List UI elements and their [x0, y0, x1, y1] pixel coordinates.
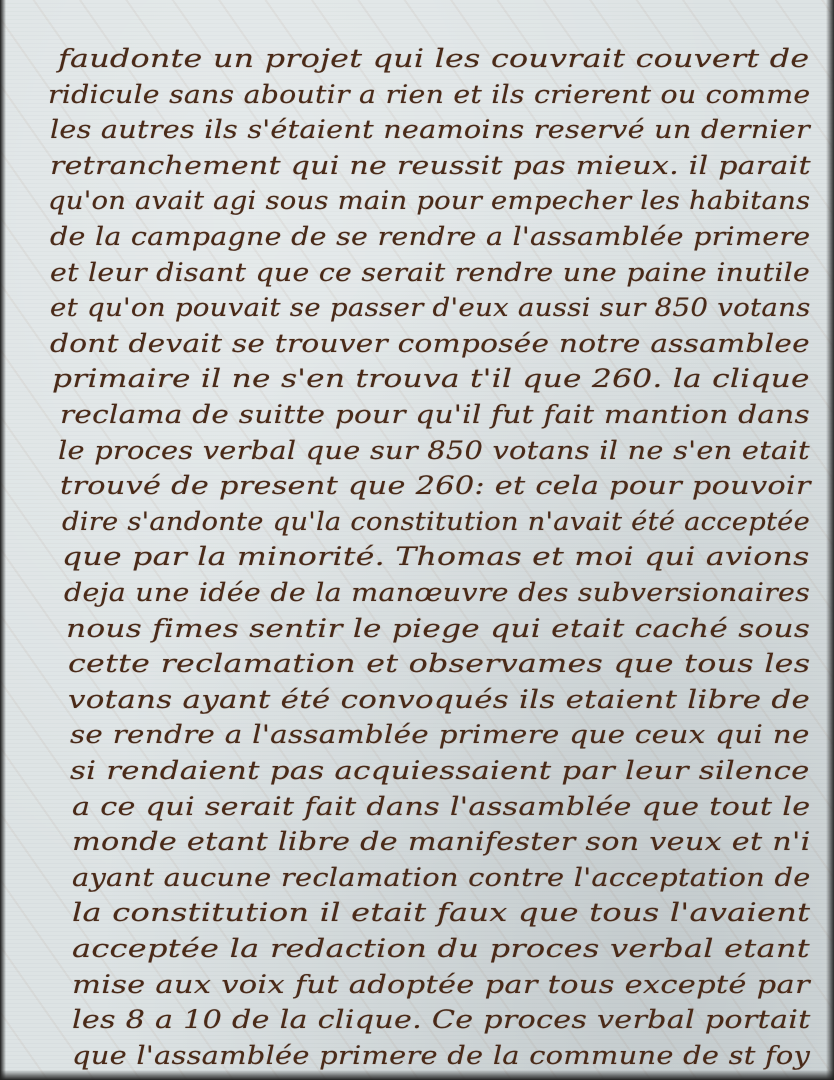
manuscript-line: faudonte un projet qui les couvrait couv… — [58, 44, 809, 73]
manuscript-line: deja une idée de la manœuvre des subvers… — [64, 578, 810, 607]
manuscript-line: que par la minorité. Thomas et moi qui a… — [62, 542, 810, 571]
manuscript-line: si rendaient pas acquiessaient par leur … — [70, 756, 810, 785]
manuscript-line: les 8 a 10 de la clique. Ce proces verba… — [72, 1005, 811, 1034]
manuscript-line: que l'assamblée primere de la commune de… — [72, 1041, 810, 1070]
page-edge-right — [826, 0, 834, 1080]
manuscript-line: nous fimes sentir le piege qui etait cac… — [66, 614, 810, 643]
manuscript-line: et leur disant que ce serait rendre une … — [50, 258, 810, 287]
manuscript-line: se rendre a l'assamblée primere que ceux… — [70, 720, 810, 749]
manuscript-line: ridicule sans aboutir a rien et ils crie… — [48, 80, 810, 109]
manuscript-line: monde etant libre de manifester son veux… — [72, 827, 811, 856]
page-edge-left — [0, 0, 6, 1080]
manuscript-line: trouvé de present que 260: et cela pour … — [60, 471, 811, 500]
manuscript-line: dire s'andonte qu'la constitution n'avai… — [62, 507, 810, 536]
manuscript-line: les autres ils s'étaient neamoins reserv… — [50, 115, 810, 144]
manuscript-line: qu'on avait agi sous main pour empecher … — [48, 186, 810, 215]
manuscript-line: cette reclamation et observames que tous… — [68, 649, 810, 678]
manuscript-line: retranchement qui ne reussit pas mieux. … — [50, 151, 811, 180]
manuscript-line: et qu'on pouvait se passer d'eux aussi s… — [50, 293, 811, 322]
manuscript-line: a ce qui serait fait dans l'assamblée qu… — [72, 792, 810, 821]
manuscript-line: ayant aucune reclamation contre l'accept… — [72, 863, 811, 892]
manuscript-line: reclama de suitte pour qu'il fut fait ma… — [60, 400, 810, 429]
manuscript-page: faudonte un projet qui les couvrait couv… — [0, 0, 834, 1080]
manuscript-line: votans ayant été convoqués ils etaient l… — [68, 685, 810, 714]
manuscript-line: acceptée la redaction du proces verbal e… — [72, 934, 810, 963]
manuscript-line: dont devait se trouver composée notre as… — [50, 329, 810, 358]
manuscript-line: la constitution il etait faux que tous l… — [72, 898, 810, 927]
manuscript-line: mise aux voix fut adoptée par tous excep… — [72, 970, 810, 999]
manuscript-line: primaire il ne s'en trouva t'il que 260.… — [52, 364, 810, 393]
manuscript-line: le proces verbal que sur 850 votans il n… — [58, 436, 810, 465]
manuscript-line: de la campagne de se rendre a l'assamblé… — [50, 222, 810, 251]
page-edge-bottom — [0, 1070, 834, 1080]
